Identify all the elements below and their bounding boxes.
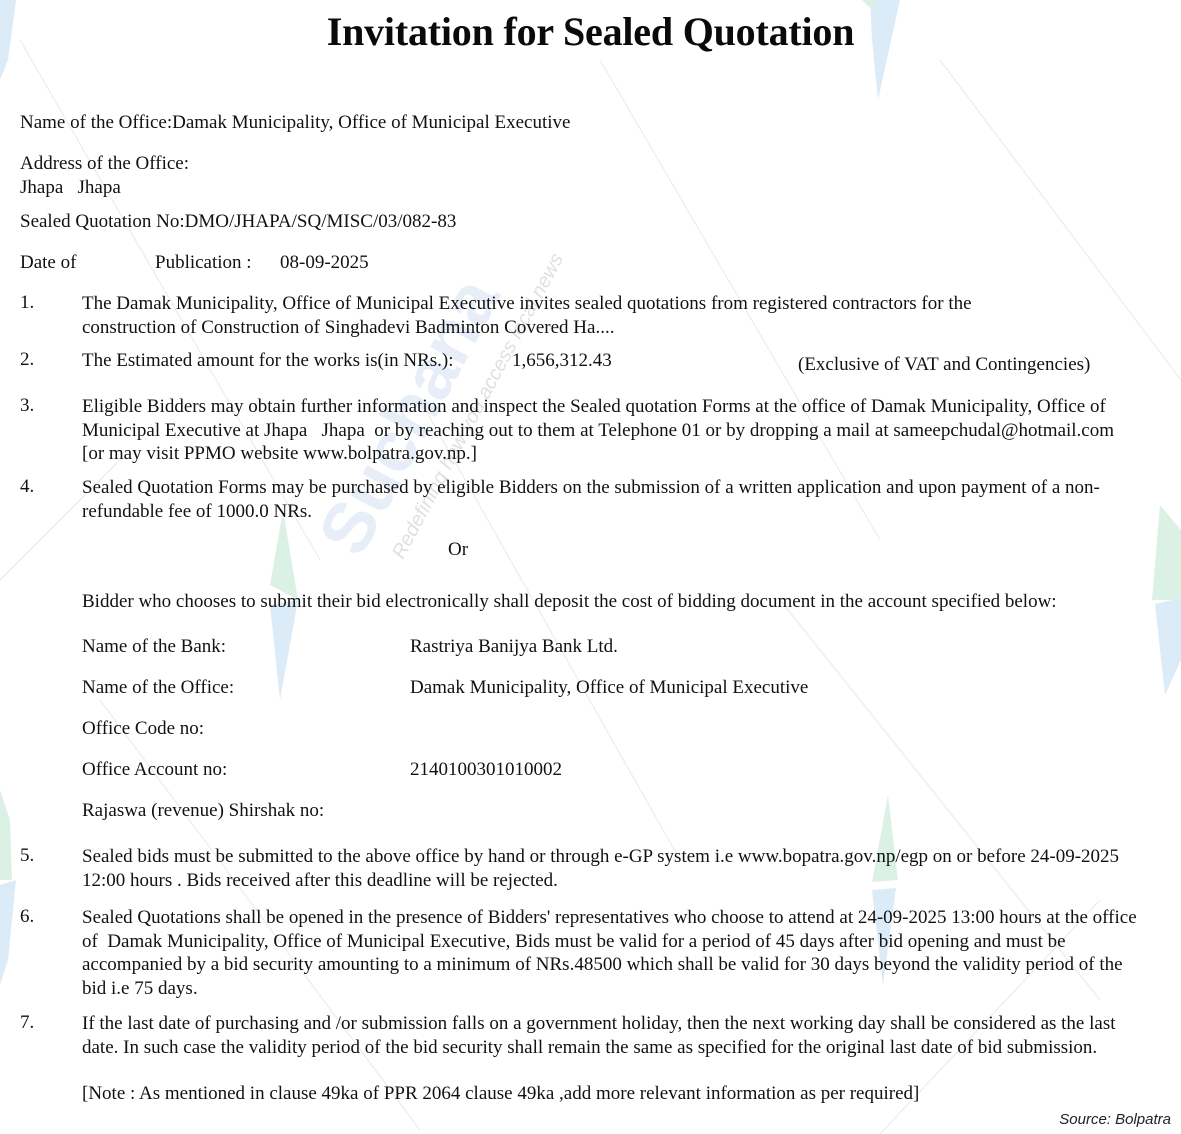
office-code-label: Office Code no: xyxy=(82,718,204,740)
clause-2-text: The Estimated amount for the works is(in… xyxy=(82,349,454,372)
estimated-amount: 1,656,312.43 xyxy=(512,349,612,372)
account-no-label: Office Account no: xyxy=(82,759,227,781)
account-no-value: 2140100301010002 xyxy=(410,759,562,781)
clause-5-text: Sealed bids must be submitted to the abo… xyxy=(82,845,1144,892)
date-label-b: Publication : xyxy=(155,251,252,274)
bank-name-value: Rastriya Banijya Bank Ltd. xyxy=(410,636,618,658)
clause-number: 5. xyxy=(20,845,34,867)
publication-date: 08-09-2025 xyxy=(280,251,369,274)
clause-3-text: Eligible Bidders may obtain further info… xyxy=(82,395,1122,466)
source-credit: Source: Bolpatra xyxy=(1059,1111,1171,1128)
clause-number: 7. xyxy=(20,1012,34,1034)
or-separator: Or xyxy=(448,538,468,561)
clause-number: 1. xyxy=(20,292,34,314)
office-name-label: Name of the Office: xyxy=(82,677,234,699)
clause-6-text: Sealed Quotations shall be opened in the… xyxy=(82,906,1144,1000)
clause-4-text: Sealed Quotation Forms may be purchased … xyxy=(82,476,1152,523)
office-name: Name of the Office:Damak Municipality, O… xyxy=(20,111,570,134)
office-name-value: Damak Municipality, Office of Municipal … xyxy=(410,677,808,699)
amount-note: (Exclusive of VAT and Contingencies) xyxy=(798,353,1090,376)
clause-number: 4. xyxy=(20,476,34,498)
electronic-intro: Bidder who chooses to submit their bid e… xyxy=(82,590,1057,613)
clause-7-text: If the last date of purchasing and /or s… xyxy=(82,1012,1144,1059)
clause-1-text: The Damak Municipality, Office of Munici… xyxy=(82,292,1057,339)
revenue-code-label: Rajaswa (revenue) Shirshak no: xyxy=(82,800,324,822)
clause-number: 2. xyxy=(20,349,34,371)
page-title: Invitation for Sealed Quotation xyxy=(0,8,1181,55)
quotation-number: Sealed Quotation No:DMO/JHAPA/SQ/MISC/03… xyxy=(20,210,456,233)
address-value: Jhapa Jhapa xyxy=(20,176,121,199)
bank-name-label: Name of the Bank: xyxy=(82,636,226,658)
clause-number: 3. xyxy=(20,395,34,417)
address-label: Address of the Office: xyxy=(20,152,189,175)
date-label-a: Date of xyxy=(20,251,76,274)
quotation-notice: Invitation for Sealed Quotation Name of … xyxy=(0,0,1181,1134)
clause-7-note: [Note : As mentioned in clause 49ka of P… xyxy=(82,1082,919,1105)
clause-number: 6. xyxy=(20,906,34,928)
